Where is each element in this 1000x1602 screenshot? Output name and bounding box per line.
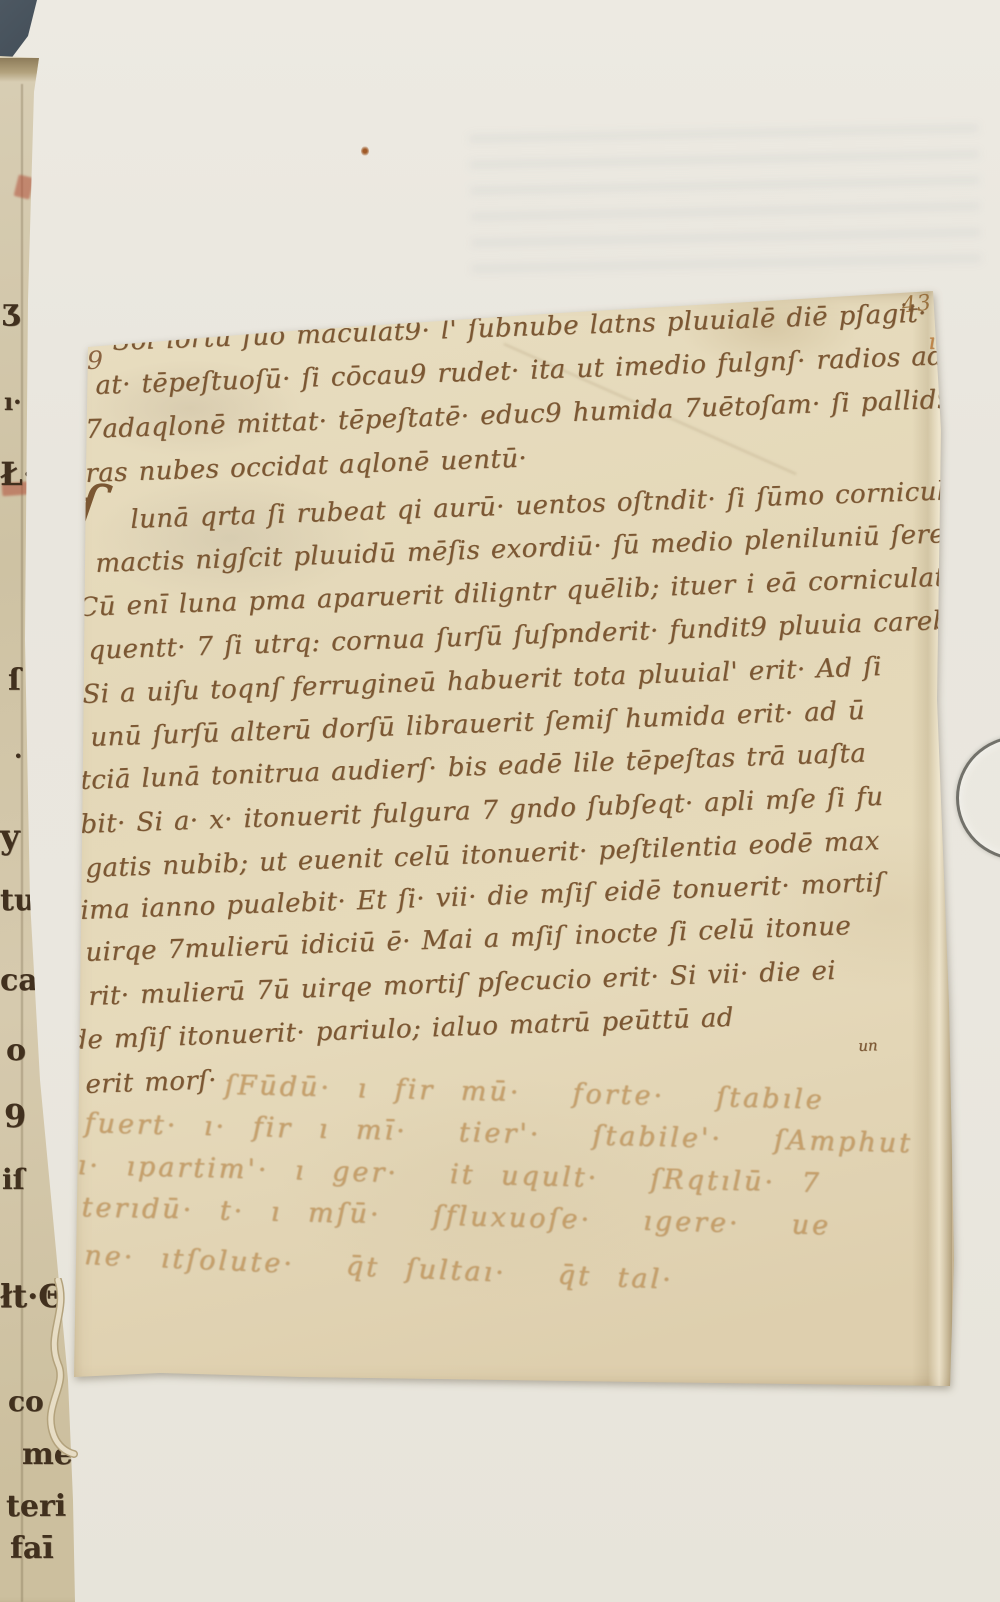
leaf-right-fold [912,290,952,1386]
leaf-stain [946,530,962,556]
leaf-shadow-wrap: 43 9 ſ Sol iortu ſuo maculat9· l' ſubnub… [0,0,1000,1602]
manuscript-text-line: terıdū· t· ı mſū· ſfluxuoſe· ıgere· ue [81,1192,831,1241]
manuscript-text-line: erit morſ· [85,1066,217,1100]
scan-stage: ʒı·Ł·ſ·ytucao9iſłt·Θcomeūterifaī 43 9 ſ … [0,0,1000,1602]
manuscript-text-line: ne· ıtſolute· q̄t ſultaı· q̄t tal· [84,1240,675,1296]
manuscript-text-line: fuert· ı· fir ı mī· tier'· ſtabile'· ſAm… [84,1108,913,1159]
manuscript-leaf: 43 9 ſ Sol iortu ſuo maculat9· l' ſubnub… [70,288,956,1388]
manuscript-text-line: ſFūdū· ı fir mū· forte· ſtabıle [224,1070,825,1116]
manuscript-text-line: de mſiſ itonuerit· pariulo; ialuo matrū … [70,1004,734,1057]
manuscript-text-line: un [858,1037,878,1055]
manuscript-text-line: ras nubes occidat aqlonē uentū· [85,445,528,490]
manuscript-text-line: ı· ıpartim'· ı ger· it uqult· ſRqtılū· 7 [77,1150,822,1199]
initial-letter: ſ [70,483,102,540]
